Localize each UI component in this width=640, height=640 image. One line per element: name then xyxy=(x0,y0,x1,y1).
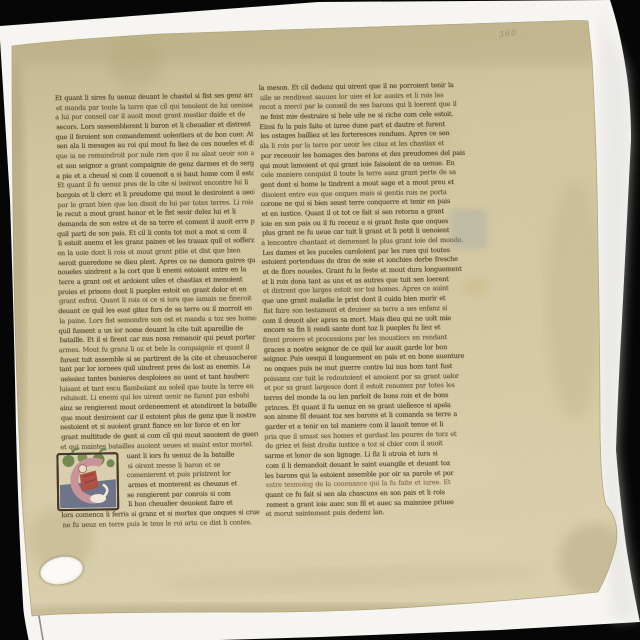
manuscript-photograph: 360 Et quant li sires fu uenuz deuant le… xyxy=(0,0,640,640)
left-column-beside-initial: uant li iors fu uenuz de la bataillesi o… xyxy=(126,450,259,510)
folio-text-layer: 360 Et quant li sires fu uenuz deuant le… xyxy=(0,0,640,640)
gray-stain xyxy=(450,209,487,249)
folio-number: 360 xyxy=(498,28,517,39)
illuminated-initial xyxy=(55,446,122,515)
initial-figure-face xyxy=(79,465,87,473)
right-text-column: la meson. Et cil dedenz qui uirent que i… xyxy=(259,80,494,519)
initial-artwork xyxy=(57,448,118,510)
yellow-stain xyxy=(462,278,488,296)
manuscript-line: ne fu ueuz en terre puis le tens le roi … xyxy=(61,518,259,531)
left-text-column: Et quant li sires fu uenuz deuant le cha… xyxy=(55,91,259,453)
